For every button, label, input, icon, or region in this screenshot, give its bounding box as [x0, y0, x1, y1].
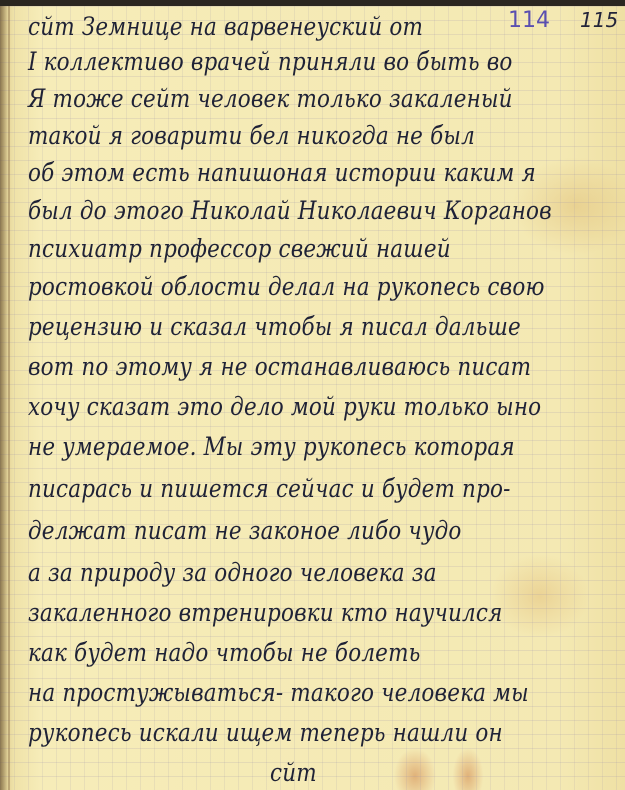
text-line: такой я говарити бел никогда не был	[28, 121, 524, 150]
text-line: закаленного втренировки кто научился	[28, 598, 524, 627]
text-line: как будет надо чтобы не болеть	[28, 638, 524, 667]
text-line: Я тоже сейт человек только закаленый	[28, 84, 524, 113]
text-line: психиатр профессор свежий нашей	[28, 234, 524, 263]
binding-shadow	[0, 6, 8, 790]
text-line: вот по этому я не останавливаюсь писат	[28, 352, 524, 381]
notebook-page: 114 115 сйт Земнице на варвенеуский от I…	[0, 6, 625, 790]
text-line: а за природу за одного человека за	[28, 558, 524, 587]
margin-line	[8, 6, 10, 790]
text-line: рукопесь искали ищем теперь нашли он	[28, 718, 524, 747]
text-line: был до этого Николай Николаевич Корганов	[28, 196, 524, 225]
text-line: сйт Земнице на варвенеуский от	[28, 12, 524, 41]
text-line: на простужываться- такого человека мы	[28, 678, 524, 707]
handwritten-page-number: 115	[580, 8, 618, 32]
text-line: об этом есть напишоная истории каким я	[28, 158, 524, 187]
text-line: делжат писат не законое либо чудо	[28, 516, 524, 545]
text-line: сйт	[270, 758, 558, 787]
text-line: рецензию и сказал чтобы я писал дальше	[28, 312, 524, 341]
text-line: не умераемое. Мы эту рукопесь которая	[28, 432, 524, 461]
text-line: I коллективо врачей приняли во быть во	[28, 47, 524, 76]
text-line: хочу сказат это дело мой руки только ыно	[28, 392, 524, 421]
text-line: ростовкой облости делал на рукопесь свою	[28, 272, 524, 301]
text-line: писарась и пишется сейчас и будет про-	[28, 474, 524, 503]
